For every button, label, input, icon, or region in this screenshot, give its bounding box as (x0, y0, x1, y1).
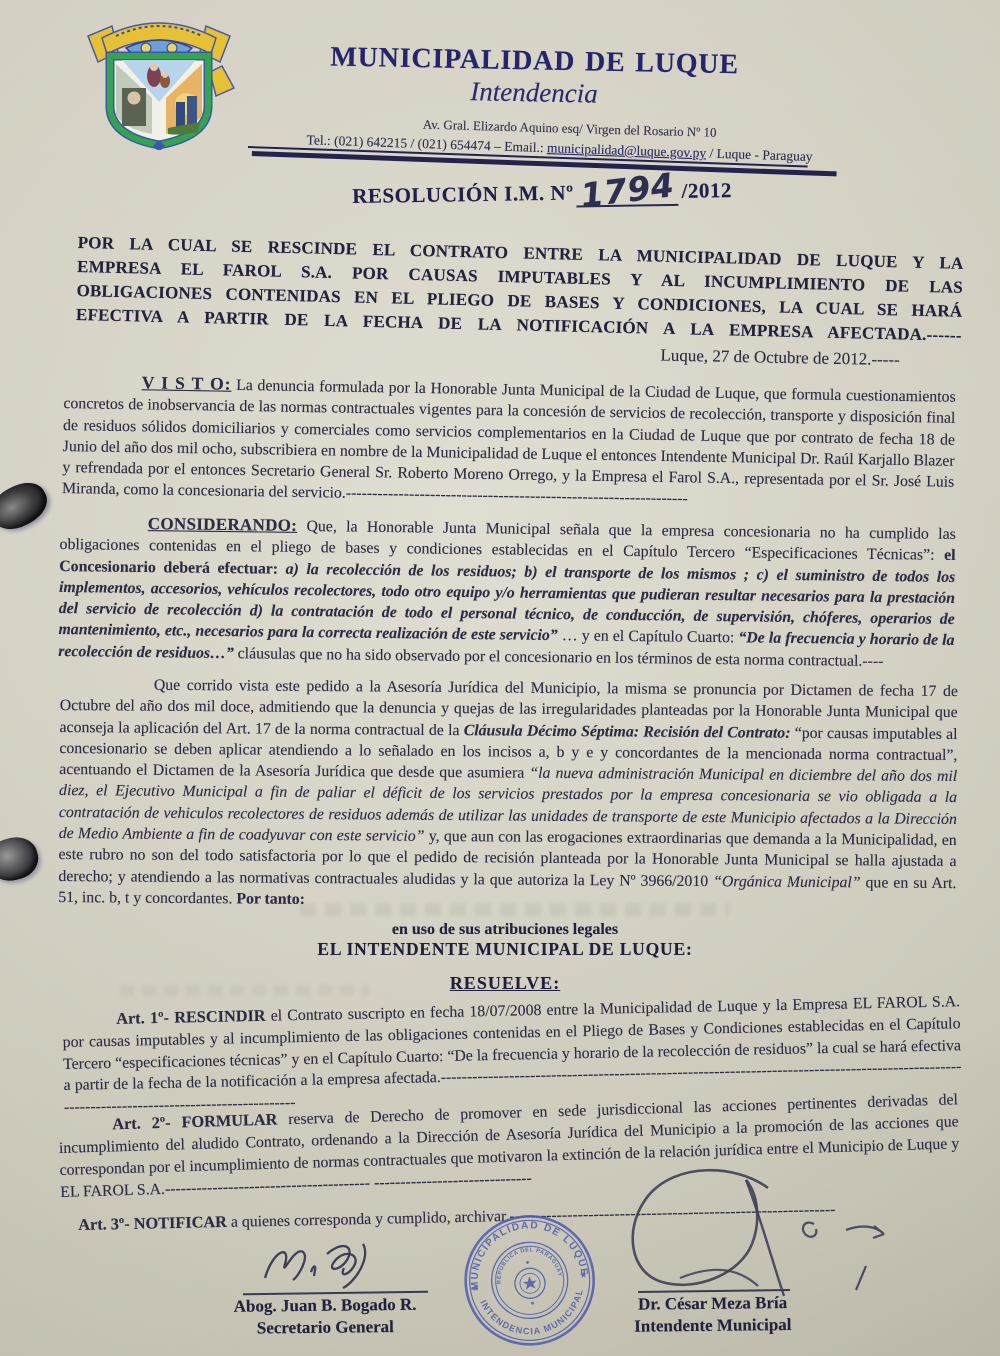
mayor-title: Intendente Municipal (600, 1314, 825, 1338)
resolve-block: en uso de sus atribuciones legales EL IN… (100, 921, 910, 994)
opinion-run-portanto: Por tanto: (236, 890, 305, 908)
legal-opinion-paragraph: Que corrido vista este pedido a la Aseso… (58, 674, 958, 915)
considerando-paragraph: CONSIDERANDO: Que, la Honorable Junta Mu… (58, 512, 956, 673)
resolution-number-underline: 1794 (576, 175, 678, 208)
considerando-run: … y en el Capítulo Cuarto: (558, 628, 739, 647)
bleed-through-mark (300, 903, 730, 916)
article-3-label: Art. 3º- NOTIFICAR (78, 1212, 227, 1234)
visto-body: La denuncia formulada por la Honorable J… (62, 377, 956, 508)
resolution-title-prefix: RESOLUCIÓN I.M. Nº (352, 181, 574, 208)
considerando-run: cláusulas que no ha sido observado por e… (234, 645, 884, 670)
luque-shield-icon (80, 4, 238, 150)
letterhead: MUNICIPALIDAD DE LUQUE Intendencia (254, 40, 815, 114)
visto-paragraph: V I S T O: La denuncia formulada por la … (62, 371, 956, 515)
hole-punch-bottom (0, 833, 42, 886)
mayor-block: Dr. César Meza Bría Intendente Municipal (600, 1292, 825, 1338)
opinion-run-law: “Orgánica Municipal” (713, 873, 861, 891)
hole-punch-top (0, 475, 54, 538)
mayor-name: Dr. César Meza Bría (600, 1292, 825, 1316)
subject-paragraph: POR LA CUAL SE RESCINDE EL CONTRATO ENTR… (76, 231, 964, 348)
stamp-star-right: ★ (579, 1269, 588, 1280)
scanned-document-photo: MUNICIPALIDAD DE LUQUE Intendencia Av. G… (0, 0, 1000, 1356)
stamp-star-left: ★ (471, 1283, 480, 1294)
visto-label: V I S T O: (142, 372, 232, 393)
secretary-signature-icon (255, 1238, 405, 1293)
considerando-label: CONSIDERANDO: (148, 514, 298, 535)
secretary-title: Secretario General (205, 1315, 445, 1340)
secretary-signature (255, 1238, 405, 1293)
opinion-run-clause: Cláusula Décimo Séptima: Recisión del Co… (464, 722, 795, 742)
secretary-name: Abog. Juan B. Bogado R. (205, 1293, 445, 1318)
resuelve-heading: RESUELVE: (100, 973, 910, 994)
dateline: Luque, 27 de Octubre de 2012.----- (580, 344, 900, 370)
article-2-label: Art. 2º- FORMULAR (112, 1109, 278, 1133)
coat-of-arms-logo (80, 4, 238, 150)
resolution-number-handwritten: 1794 (580, 173, 676, 209)
resolution-year: /2012 (681, 178, 732, 203)
municipal-stamp-icon: MUNICIPALIDAD DE LUQUE INTENDENCIA MUNIC… (455, 1206, 604, 1355)
intendente-line: EL INTENDENTE MUNICIPAL DE LUQUE: (100, 939, 910, 960)
authority-line: en uso de sus atribuciones legales (100, 921, 910, 939)
secretary-block: Abog. Juan B. Bogado R. Secretario Gener… (205, 1293, 445, 1340)
article-1-label: Art. 1º- RESCINDIR (116, 1006, 266, 1028)
resolution-title: RESOLUCIÓN I.M. Nº1794/2012 (352, 174, 732, 211)
contact-suffix: / Luque - Paraguay (706, 145, 813, 164)
municipal-stamp: MUNICIPALIDAD DE LUQUE INTENDENCIA MUNIC… (455, 1206, 604, 1355)
